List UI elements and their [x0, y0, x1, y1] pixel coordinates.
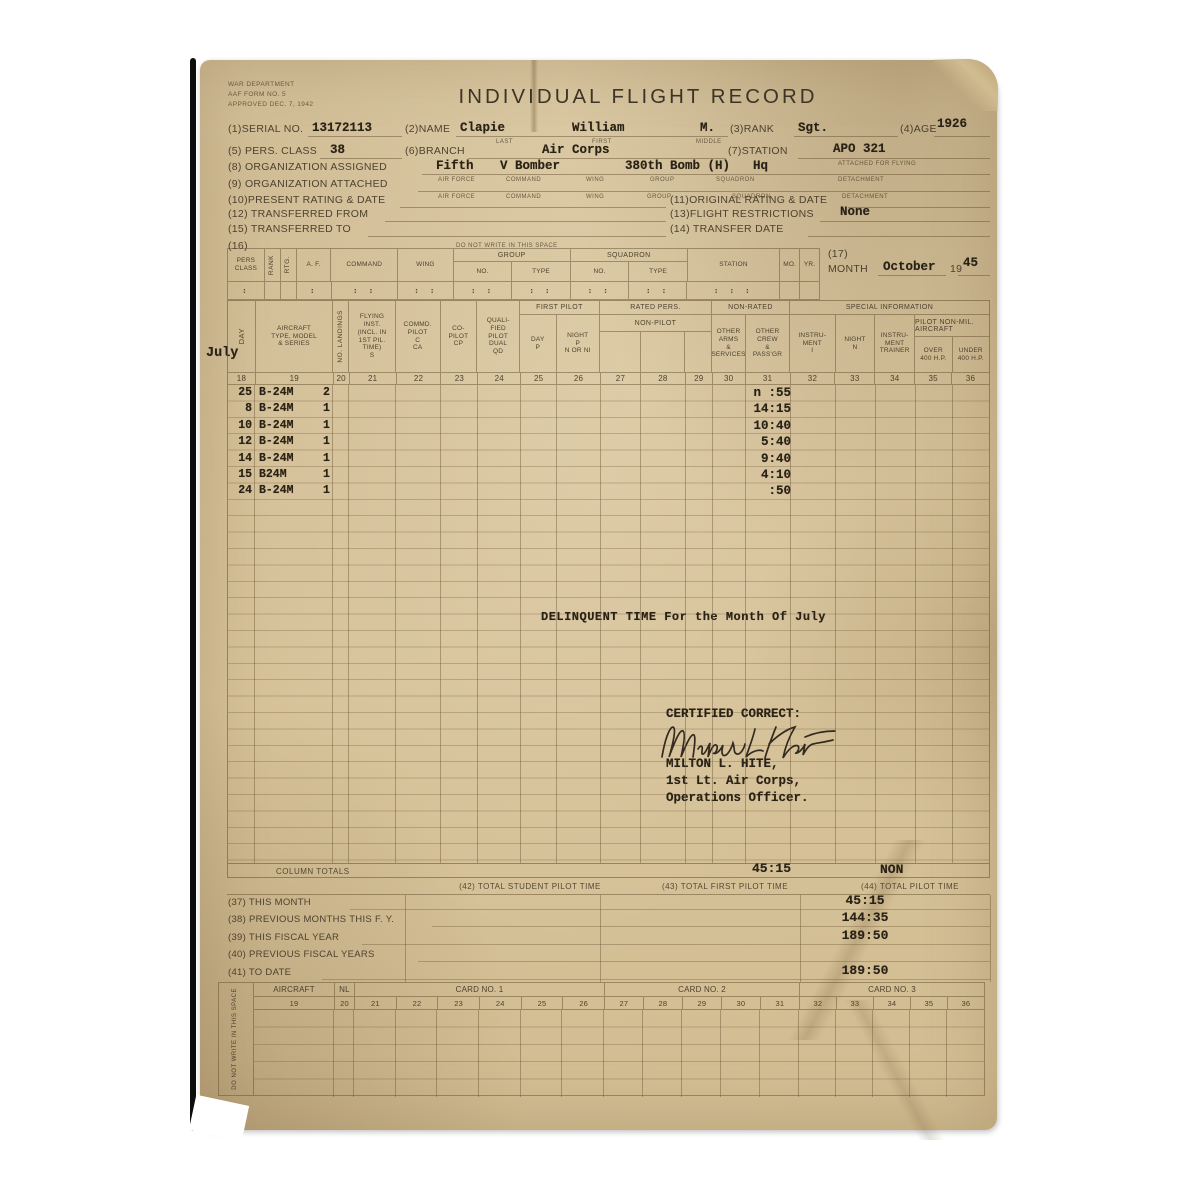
card-col-number: 31: [760, 997, 799, 1009]
branch-value: Air Corps: [542, 143, 610, 157]
col-number: 32: [790, 373, 835, 384]
grid-vline: [720, 1010, 721, 1097]
card-no-3-header: CARD NO. 3: [799, 983, 984, 996]
grid-vline: [640, 385, 641, 863]
grid-vline: [348, 385, 349, 863]
grid-vline: [946, 1010, 947, 1097]
pers-class-label: (5) PERS. CLASS: [228, 145, 317, 157]
col-number: 35: [914, 373, 951, 384]
grid-vline: [561, 1010, 562, 1097]
col-number: 24: [477, 373, 520, 384]
punch-marks: : : :: [686, 282, 779, 299]
col-number: 23: [440, 373, 477, 384]
card-col-number: 30: [721, 997, 760, 1009]
sec16-mo-header: MO.: [779, 249, 799, 281]
flight-landings: 1: [323, 452, 330, 465]
flight-time: n :55: [706, 386, 791, 400]
flight-aircraft: B-24M: [259, 484, 294, 497]
grid-vline: [759, 1010, 760, 1097]
pers-class-value: 38: [330, 143, 345, 157]
card-col-number: 21: [354, 997, 396, 1009]
rule: [798, 158, 990, 159]
card-no-2-header: CARD NO. 2: [604, 983, 799, 996]
grid-vline: [353, 1010, 354, 1097]
flight-aircraft: B-24M: [259, 419, 294, 432]
certifier-rank: 1st Lt. Air Corps,: [666, 774, 801, 788]
column-number-row: 18192021222324252627282930313233343536: [228, 373, 989, 385]
instrument-trainer-header: INSTRU- MENT TRAINER: [874, 315, 914, 372]
form-info-agency: WAR DEPARTMENT: [228, 80, 313, 90]
col-number: 36: [951, 373, 989, 384]
first-pilot-group-header: FIRST PILOT DAY P NIGHT P N OR NI: [519, 301, 599, 372]
totals-row-label: (38) PREVIOUS MONTHS THIS F. Y.: [228, 914, 394, 925]
rule: [934, 136, 990, 137]
rule: [422, 174, 990, 175]
flight-landings: 1: [323, 402, 330, 415]
card-col-number: 25: [521, 997, 563, 1009]
grid-vline: [835, 1010, 836, 1097]
grid-vline: [872, 1010, 873, 1097]
flight-day: 25: [230, 386, 252, 399]
middle-caption: MIDDLE: [696, 139, 722, 145]
sec16-rank-header: RANK: [268, 255, 276, 275]
month-value: October: [883, 260, 936, 274]
rule: [456, 136, 728, 137]
month-label: MONTH: [828, 263, 868, 275]
card-aircraft-header: AIRCRAFT: [254, 983, 334, 996]
card-header-row: AIRCRAFT NL CARD NO. 1 CARD NO. 2 CARD N…: [254, 983, 984, 997]
instrument-header: INSTRU- MENT I: [790, 315, 835, 372]
certifier-title: Operations Officer.: [666, 791, 809, 805]
grid-vline: [952, 385, 953, 863]
rule: [878, 275, 946, 276]
flight-restrictions-value: None: [840, 205, 870, 219]
over-400-header: OVER 400 H.P.: [915, 337, 952, 372]
first-pilot-day-header: DAY P: [520, 315, 556, 372]
flight-table-body: DELINQUENT TIME For the Month Of July CE…: [228, 385, 989, 863]
column-totals-time: 45:15: [706, 861, 791, 876]
totals-row-value: 45:15: [815, 893, 915, 908]
command-caption: COMMAND: [506, 177, 541, 183]
sec16-group-type-header: TYPE: [511, 262, 570, 281]
rule: [308, 136, 402, 137]
name-last-value: Clapie: [460, 121, 505, 135]
grid-vline: [395, 1010, 396, 1097]
serial-label: (1)SERIAL NO.: [228, 123, 303, 135]
first-pilot-night-header: NIGHT P N OR NI: [556, 315, 599, 372]
card-col-number: 35: [910, 997, 947, 1009]
org-assigned-group: 380th Bomb (H): [625, 159, 730, 173]
page-title: INDIVIDUAL FLIGHT RECORD: [458, 86, 817, 109]
transfer-date-label: (14) TRANSFER DATE: [670, 223, 784, 235]
form-info-number: AAF FORM NO. 5: [228, 90, 313, 100]
other-crew-header: OTHER CREW & PASS'GR: [745, 315, 789, 372]
org-assigned-label: (8) ORGANIZATION ASSIGNED: [228, 161, 387, 173]
flight-time: 14:15: [706, 402, 791, 416]
sec16-group-no-header: NO.: [454, 262, 512, 281]
flying-inst-col-header: FLYING INST. (INCL. IN 1ST PIL. TIME) S: [348, 301, 395, 372]
col-number: 34: [874, 373, 914, 384]
grid-vline: [520, 1010, 521, 1097]
air-force-caption: AIR FORCE: [438, 194, 475, 200]
grid-vline: [254, 385, 255, 863]
punch-marks: : :: [628, 282, 687, 299]
punch-marks: :: [228, 282, 264, 299]
grid-vline: [520, 385, 521, 863]
transferred-to-label: (15) TRANSFERRED TO: [228, 223, 351, 235]
delinquent-note: DELINQUENT TIME For the Month Of July: [541, 610, 826, 624]
detachment-caption: DETACHMENT: [842, 194, 888, 200]
punch-marks: :: [296, 282, 331, 299]
card-no-1-header: CARD NO. 1: [354, 983, 604, 996]
under-400-header: UNDER 400 H.P.: [952, 337, 990, 372]
card-col-number: 24: [479, 997, 521, 1009]
co-pilot-col-header: CO- PILOT CP: [440, 301, 477, 372]
flight-day: 24: [230, 484, 252, 497]
last-caption: LAST: [496, 139, 513, 145]
flight-time: 10:40: [706, 419, 791, 433]
card-table-body: [254, 1010, 984, 1095]
rule: [385, 221, 666, 222]
totals-row-value: 144:35: [815, 910, 915, 925]
punch-marks: : :: [331, 282, 398, 299]
section16-header: PERS CLASS RANK RTG. A. F. COMMAND WING …: [227, 248, 820, 282]
card-col-number: 33: [836, 997, 873, 1009]
rule: [418, 191, 990, 192]
serial-value: 13172113: [312, 121, 372, 135]
card-col-number: 23: [437, 997, 479, 1009]
totals-row-value: 189:50: [815, 928, 915, 943]
flight-time: 9:40: [706, 452, 791, 466]
flight-landings: 1: [323, 468, 330, 481]
age-label: (4)AGE: [900, 123, 937, 135]
card-nl-header: NL: [334, 983, 354, 996]
name-middle-value: M.: [700, 121, 715, 135]
flight-day: 10: [230, 419, 252, 432]
col-number: 26: [556, 373, 600, 384]
column-totals-extra: NON: [880, 862, 903, 877]
grid-vline: [333, 1010, 334, 1097]
col-number: 19: [255, 373, 333, 384]
totals-row-label: (41) TO DATE: [228, 967, 291, 978]
year-value: 45: [963, 256, 978, 270]
punch-marks: [799, 282, 819, 299]
card-col-number: 27: [604, 997, 643, 1009]
grid-vline: [332, 385, 333, 863]
card-col-number: 34: [873, 997, 910, 1009]
flight-landings: 1: [323, 484, 330, 497]
station-label: (7)STATION: [728, 145, 788, 157]
grid-vline: [603, 1010, 604, 1097]
no-landings-col-header: NO. LANDINGS: [337, 310, 345, 363]
grid-vline: [395, 385, 396, 863]
punch-marks: : :: [397, 282, 453, 299]
sec16-squadron-no-header: NO.: [571, 262, 629, 281]
grid-vline: [556, 385, 557, 863]
grid-vline: [798, 1010, 799, 1097]
org-assigned-airforce: Fifth: [436, 159, 474, 173]
flight-landings: 1: [323, 435, 330, 448]
totals-row-label: (40) PREVIOUS FISCAL YEARS: [228, 949, 375, 960]
rule: [368, 236, 666, 237]
sec16-group-header: GROUP NO. TYPE: [453, 249, 570, 281]
card-col-number: 19: [254, 997, 334, 1009]
grid-vline: [642, 1010, 643, 1097]
original-rating-label: (11)ORIGINAL RATING & DATE: [670, 194, 827, 206]
totals-row-label: (37) THIS MONTH: [228, 897, 311, 908]
name-label: (2)NAME: [405, 123, 450, 135]
rank-label: (3)RANK: [730, 123, 774, 135]
flight-table: DAY AIRCRAFT TYPE, MODEL & SERIES NO. LA…: [227, 300, 990, 878]
punch-marks: : :: [570, 282, 628, 299]
month-number: (17): [828, 248, 848, 260]
flight-day: 8: [230, 402, 252, 415]
org-assigned-command: V Bomber: [500, 159, 560, 173]
col-number: 29: [685, 373, 712, 384]
col-number: 33: [834, 373, 874, 384]
card-col-number: 22: [396, 997, 438, 1009]
col-number: 30: [712, 373, 745, 384]
group-caption: GROUP: [647, 194, 672, 200]
org-assigned-squadron: Hq: [753, 159, 768, 173]
card-number-row: 192021222324252627282930313233343536: [254, 997, 984, 1010]
form-info: WAR DEPARTMENT AAF FORM NO. 5 APPROVED D…: [228, 80, 313, 109]
wing-caption: WING: [586, 194, 604, 200]
rated-pers-sub3: [684, 332, 711, 372]
binder-spine-edge: [190, 58, 196, 1131]
grid-vline: [835, 385, 836, 863]
grid-vline: [875, 385, 876, 863]
flight-aircraft: B-24M: [259, 452, 294, 465]
name-first-value: William: [572, 121, 625, 135]
card-col-number: 28: [643, 997, 682, 1009]
grid-vline: [478, 1010, 479, 1097]
flight-aircraft: B-24M: [259, 435, 294, 448]
grid-vline: [909, 1010, 910, 1097]
flight-table-header: DAY AIRCRAFT TYPE, MODEL & SERIES NO. LA…: [228, 301, 989, 373]
col-number: 27: [600, 373, 640, 384]
grid-vline: [440, 385, 441, 863]
col-number: 20: [333, 373, 349, 384]
command-caption: COMMAND: [506, 194, 541, 200]
sec16-yr-header: YR.: [799, 249, 819, 281]
flight-time: 4:10: [706, 468, 791, 482]
card-col-number: 20: [334, 997, 354, 1009]
wing-caption: WING: [586, 177, 604, 183]
punch-marks: [264, 282, 280, 299]
totals-rows: (37) THIS MONTH45:15(38) PREVIOUS MONTHS…: [200, 895, 997, 982]
rule: [322, 979, 990, 980]
punch-marks: : :: [511, 282, 570, 299]
flight-aircraft: B-24M: [259, 386, 294, 399]
certifier-name: MILTON L. HITE,: [666, 757, 779, 771]
card-col-number: 36: [947, 997, 984, 1009]
org-attached-label: (9) ORGANIZATION ATTACHED: [228, 178, 388, 190]
flight-restrictions-label: (13)FLIGHT RESTRICTIONS: [670, 208, 814, 220]
sec16-squadron-type-header: TYPE: [628, 262, 687, 281]
night-header: NIGHT N: [835, 315, 875, 372]
column-totals-label: COLUMN TOTALS: [276, 867, 350, 876]
rule: [958, 275, 990, 276]
col-number: 18: [228, 373, 255, 384]
card-col-number: 29: [682, 997, 721, 1009]
totals-row-value: 189:50: [815, 963, 915, 978]
punch-marks: : :: [453, 282, 511, 299]
flight-record-paper: WAR DEPARTMENT AAF FORM NO. 5 APPROVED D…: [200, 60, 997, 1130]
card-col-number: 26: [562, 997, 604, 1009]
rank-value: Sgt.: [798, 121, 828, 135]
do-not-write-side-label: DO NOT WRITE IN THIS SPACE: [232, 988, 239, 1090]
flight-landings: 2: [323, 386, 330, 399]
rule: [400, 207, 666, 208]
col-number: 22: [396, 373, 441, 384]
day-col-header: DAY: [237, 328, 246, 344]
punch-marks: [280, 282, 296, 299]
sec16-punch-row: ::: :: :: :: :: :: :: : :: [227, 282, 820, 300]
aircraft-col-header: AIRCRAFT TYPE, MODEL & SERIES: [255, 301, 332, 372]
card-table: DO NOT WRITE IN THIS SPACE AIRCRAFT NL C…: [218, 982, 985, 1096]
attached-for-flying-caption: ATTACHED FOR FLYING: [838, 161, 916, 167]
commd-pilot-col-header: COMMD. PILOT C CA: [395, 301, 440, 372]
rule: [794, 136, 898, 137]
flight-day: 15: [230, 468, 252, 481]
totals-row-label: (39) THIS FISCAL YEAR: [228, 932, 339, 943]
flight-day: 14: [230, 452, 252, 465]
column-totals-row: COLUMN TOTALS 45:15 NON: [228, 863, 989, 878]
flight-time: 5:40: [706, 435, 791, 449]
card-side-label: DO NOT WRITE IN THIS SPACE: [219, 983, 254, 1095]
card-col-number: 32: [799, 997, 836, 1009]
scanned-flight-record-page: WAR DEPARTMENT AAF FORM NO. 5 APPROVED D…: [0, 0, 1200, 1200]
grid-vline: [477, 385, 478, 863]
rated-pers-group-header: RATED PERS. NON-PILOT: [599, 301, 711, 372]
rated-pers-sub2: [640, 332, 685, 372]
flight-aircraft: B24M: [259, 468, 287, 481]
paper-torn-corner: [189, 1095, 249, 1141]
group-caption: GROUP: [650, 177, 675, 183]
sec16-pers-class-header: PERS CLASS: [228, 249, 264, 281]
sec16-command-header: COMMAND: [330, 249, 397, 281]
branch-label: (6)BRANCH: [405, 145, 465, 157]
sec16-squadron-header: SQUADRON NO. TYPE: [570, 249, 687, 281]
flight-day: 12: [230, 435, 252, 448]
punch-marks: [779, 282, 799, 299]
age-value: 1926: [937, 117, 967, 131]
flight-time: :50: [706, 484, 791, 498]
grid-vline: [681, 1010, 682, 1097]
station-value: APO 321: [833, 142, 886, 156]
air-force-caption: AIR FORCE: [438, 177, 475, 183]
grid-vline: [915, 385, 916, 863]
grid-vline: [436, 1010, 437, 1097]
flight-aircraft: B-24M: [259, 402, 294, 415]
paper-corner-fold: [934, 59, 998, 111]
rule: [320, 158, 402, 159]
flight-landings: 1: [323, 419, 330, 432]
other-arms-header: OTHER ARMS & SERVICES: [712, 315, 745, 372]
rule: [362, 944, 990, 945]
detachment-caption: DETACHMENT: [838, 177, 884, 183]
rated-pers-sub1: [600, 332, 640, 372]
sec16-station-header: STATION: [687, 249, 779, 281]
squadron-caption: SQUADRON: [716, 177, 755, 183]
transferred-from-label: (12) TRANSFERRED FROM: [228, 208, 368, 220]
rule: [808, 236, 990, 237]
grid-vline: [600, 385, 601, 863]
special-info-group-header: SPECIAL INFORMATION INSTRU- MENT I NIGHT…: [789, 301, 989, 372]
form-info-approved: APPROVED DEC. 7, 1942: [228, 100, 313, 110]
col-number: 21: [349, 373, 396, 384]
present-rating-label: (10)PRESENT RATING & DATE: [228, 194, 385, 206]
non-rated-group-header: NON-RATED OTHER ARMS & SERVICES OTHER CR…: [711, 301, 789, 372]
totals-divider: [990, 895, 991, 982]
sec16-rtg-header: RTG.: [284, 256, 292, 273]
col-number: 31: [745, 373, 790, 384]
sec16-wing-header: WING: [397, 249, 453, 281]
total-pilot-time-label: (44) TOTAL PILOT TIME: [805, 882, 1015, 891]
col-number: 28: [640, 373, 685, 384]
qualified-col-header: QUALI- FIED PILOT DUAL QD: [476, 301, 519, 372]
rule: [820, 221, 990, 222]
pilot-non-mil-header: PILOT NON-MIL. AIRCRAFT OVER 400 H.P. UN…: [914, 315, 989, 372]
col-number: 25: [520, 373, 556, 384]
sec16-af-header: A. F.: [296, 249, 331, 281]
grid-vline: [685, 385, 686, 863]
year-prefix: 19: [950, 263, 962, 275]
